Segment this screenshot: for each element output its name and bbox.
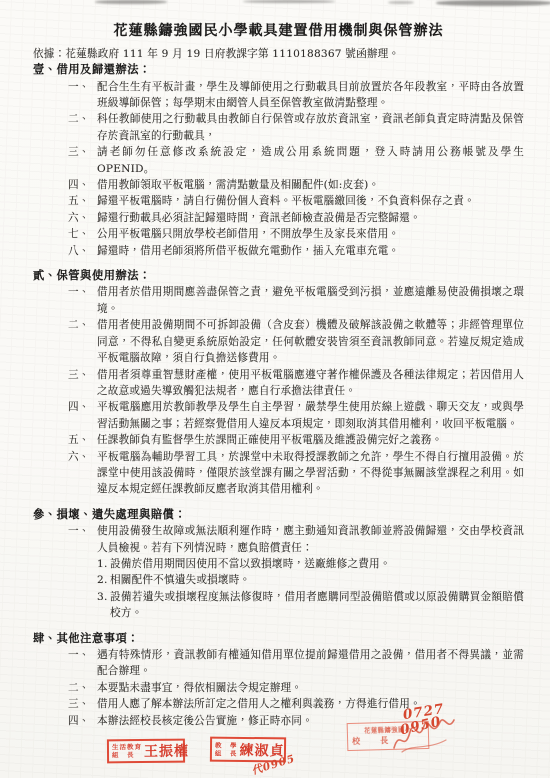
item-text-block: 借用者使用設備期間不可拆卸設備（含皮套）機體及破解該設備之軟體等；非經管理單位同… xyxy=(97,317,524,366)
list-item: 二、科任教師使用之行動載具由教師自行保管或存放於資訊室，資訊老師負責定時清點及保… xyxy=(68,111,524,144)
scanned-document-page: 花蓮縣鑄強國民小學載具建置借用機制與保管辦法 依據：花蓮縣政府 111 年 9 … xyxy=(0,0,550,778)
section-heading: 肆、其他注意事項： xyxy=(33,631,524,647)
list-item: 一、配合生生有平板計畫，學生及導師使用之行動載具目前放置於各年段教室，平時由各放… xyxy=(68,79,524,112)
item-marker: 四、 xyxy=(68,713,97,729)
item-text: 遇有特殊情形，資訊教師有權通知借用單位提前歸還借用之設備，借用者不得異議，並需配… xyxy=(97,647,524,680)
item-marker: 二、 xyxy=(68,111,97,144)
list-item: 二、借用者使用設備期間不可拆卸設備（含皮套）機體及破解該設備之軟體等；非經管理單… xyxy=(68,317,524,366)
item-marker: 六、 xyxy=(68,210,97,226)
stamp-dept-line2: 組 長 xyxy=(215,749,238,757)
item-marker: 一、 xyxy=(68,523,97,621)
document-sections: 壹、借用及歸還辦法：一、配合生生有平板計畫，學生及導師使用之行動載具目前放置於各… xyxy=(33,62,524,729)
list-item: 五、歸還平板電腦時，請自行備份個人資料。平板電腦繳回後，不負資料保存之責。 xyxy=(68,193,524,209)
item-marker: 一、 xyxy=(68,284,97,317)
stamp-dept-label: 教 學 組 長 xyxy=(212,741,240,757)
item-text-block: 借用者須尊重智慧財產權，使用平板電腦應遵守著作權保護及各種法律規定；若因借用人之… xyxy=(97,367,524,400)
item-text-block: 配合生生有平板計畫，學生及導師使用之行動載具目前放置於各年段教室，平時由各放置班… xyxy=(97,79,524,112)
item-marker: 六、 xyxy=(68,449,97,498)
sub-list-item: 1.設備於借用期間因使用不當以致損壞時，送廠維修之費用。 xyxy=(97,556,524,572)
item-text-block: 本要點未盡事宜，得依相關法令規定辦理。 xyxy=(97,680,524,696)
item-text-block: 平板電腦為輔助學習工具，於課堂中未取得授課教師之允許，學生不得自行擅用設備。於課… xyxy=(97,449,524,498)
legal-basis-line: 依據：花蓮縣政府 111 年 9 月 19 日府教課字第 1110188367 … xyxy=(33,46,524,62)
stamp-dept-line1: 教 學 xyxy=(215,741,238,749)
list-item: 二、本要點未盡事宜，得依相關法令規定辦理。 xyxy=(68,680,524,696)
list-item: 六、平板電腦為輔助學習工具，於課堂中未取得授課教師之允許，學生不得自行擅用設備。… xyxy=(68,449,524,498)
item-marker: 五、 xyxy=(68,432,97,448)
item-marker: 八、 xyxy=(68,243,97,259)
item-marker: 五、 xyxy=(68,193,97,209)
item-text-block: 本辦法經校長核定後公告實施，修正時亦同。 xyxy=(97,713,524,729)
sub-list-item: 2.相關配件不慎遺失或損壞時。 xyxy=(97,572,524,588)
item-marker: 七、 xyxy=(68,226,97,242)
item-text-block: 公用平板電腦只開放學校老師借用，不開放學生及家長來借用。 xyxy=(97,226,524,242)
section-heading: 貳、保管與使用辦法： xyxy=(33,268,524,284)
stamp-name: 王振權 xyxy=(144,741,191,761)
list-item: 一、使用設備發生故障或無法順利運作時，應主動通知資訊教師並將設備歸還，交由學校資… xyxy=(68,523,524,621)
stamp-dept-line1: 生活教育 xyxy=(112,743,142,751)
item-text: 借用人應了解本辦法所訂定之借用人之權利與義務，方得進行借用。 xyxy=(97,696,524,712)
item-text-block: 歸還行動載具必須註記歸還時間，資訊老師檢查設備是否完整歸還。 xyxy=(97,210,524,226)
list-item: 五、任課教師負有監督學生於課間正確使用平板電腦及維護設備完好之義務。 xyxy=(68,432,524,448)
item-text: 歸還行動載具必須註記歸還時間，資訊老師檢查設備是否完整歸還。 xyxy=(97,210,524,226)
section-heading: 參、損壞、遺失處理與賠償： xyxy=(33,507,524,523)
item-text: 公用平板電腦只開放學校老師借用，不開放學生及家長來借用。 xyxy=(97,226,524,242)
item-marker: 二、 xyxy=(68,680,97,696)
list-item: 一、遇有特殊情形，資訊教師有權通知借用單位提前歸還借用之設備，借用者不得異議，並… xyxy=(68,647,524,680)
section: 參、損壞、遺失處理與賠償：一、使用設備發生故障或無法順利運作時，應主動通知資訊教… xyxy=(33,507,524,622)
item-marker: 一、 xyxy=(68,79,97,112)
stamp-dept-label: 生活教育 組 長 xyxy=(109,743,144,759)
document-title: 花蓮縣鑄強國民小學載具建置借用機制與保管辦法 xyxy=(33,20,524,40)
item-text: 配合生生有平板計畫，學生及導師使用之行動載具目前放置於各年段教室，平時由各放置班… xyxy=(97,79,524,112)
item-text: 科任教師使用之行動載具由教師自行保管或存放於資訊室，資訊老師負責定時清點及保管存… xyxy=(97,111,524,144)
item-text: 借用者須尊重智慧財產權，使用平板電腦應遵守著作權保護及各種法律規定；若因借用人之… xyxy=(97,367,524,400)
subitem-marker: 1. xyxy=(97,556,110,572)
item-text-block: 借用教師領取平板電腦，需清點數量及相關配件(如:皮套)。 xyxy=(97,177,524,193)
subitem-text: 設備若遺失或損壞程度無法修復時，借用者應購同型設備賠償或以原設備購買金額賠償校方… xyxy=(110,589,524,622)
list-item: 七、公用平板電腦只開放學校老師借用，不開放學生及家長來借用。 xyxy=(68,226,524,242)
item-marker: 三、 xyxy=(68,367,97,400)
stamp-dept-line2: 組 長 xyxy=(112,751,142,759)
item-marker: 四、 xyxy=(68,399,97,432)
item-marker: 三、 xyxy=(68,144,97,177)
document-body: 花蓮縣鑄強國民小學載具建置借用機制與保管辦法 依據：花蓮縣政府 111 年 9 … xyxy=(0,0,550,729)
item-text-block: 科任教師使用之行動載具由教師自行保管或存放於資訊室，資訊老師負責定時清點及保管存… xyxy=(97,111,524,144)
item-text: 借用教師領取平板電腦，需清點數量及相關配件(如:皮套)。 xyxy=(97,177,524,193)
item-text: 歸還時，借用老師須將所借平板做充電動作，插入充電車充電。 xyxy=(97,243,524,259)
list-item: 六、歸還行動載具必須註記歸還時間，資訊老師檢查設備是否完整歸還。 xyxy=(68,210,524,226)
list-item: 一、借用者於借用期間應善盡保管之責，避免平板電腦受到污損，並應遠離易使設備損壞之… xyxy=(68,284,524,317)
item-text: 歸還平板電腦時，請自行備份個人資料。平板電腦繳回後，不負資料保存之責。 xyxy=(97,193,524,209)
item-text-block: 歸還平板電腦時，請自行備份個人資料。平板電腦繳回後，不負資料保存之責。 xyxy=(97,193,524,209)
list-item: 三、借用者須尊重智慧財產權，使用平板電腦應遵守著作權保護及各種法律規定；若因借用… xyxy=(68,367,524,400)
item-text: 本辦法經校長核定後公告實施，修正時亦同。 xyxy=(97,713,524,729)
item-text-block: 請老師勿任意修改系統設定，造成公用系統問題，登入時請用公務帳號及學生 OPENI… xyxy=(97,144,524,177)
item-text-block: 平板電腦應用於教師教學及學生自主學習，嚴禁學生使用於線上遊戲、聊天交友，或與學習… xyxy=(97,399,524,432)
list-item: 四、借用教師領取平板電腦，需清點數量及相關配件(如:皮套)。 xyxy=(68,177,524,193)
item-text: 本要點未盡事宜，得依相關法令規定辦理。 xyxy=(97,680,524,696)
item-text-block: 歸還時，借用老師須將所借平板做充電動作，插入充電車充電。 xyxy=(97,243,524,259)
section-heading: 壹、借用及歸還辦法： xyxy=(33,62,524,78)
item-marker: 一、 xyxy=(68,647,97,680)
item-text: 借用者使用設備期間不可拆卸設備（含皮套）機體及破解該設備之軟體等；非經管理單位同… xyxy=(97,317,524,366)
list-item: 八、歸還時，借用老師須將所借平板做充電動作，插入充電車充電。 xyxy=(68,243,524,259)
item-text-block: 遇有特殊情形，資訊教師有權通知借用單位提前歸還借用之設備，借用者不得異議，並需配… xyxy=(97,647,524,680)
section: 壹、借用及歸還辦法：一、配合生生有平板計畫，學生及導師使用之行動載具目前放置於各… xyxy=(33,62,524,259)
item-text: 借用者於借用期間應善盡保管之責，避免平板電腦受到污損，並應遠離易使設備損壞之環境… xyxy=(97,284,524,317)
item-text-block: 借用者於借用期間應善盡保管之責，避免平板電腦受到污損，並應遠離易使設備損壞之環境… xyxy=(97,284,524,317)
sub-list-item: 3.設備若遺失或損壞程度無法修復時，借用者應購同型設備賠償或以原設備購買金額賠償… xyxy=(97,589,524,622)
subitem-marker: 3. xyxy=(97,589,110,622)
stamp-life-education-section-chief: 生活教育 組 長 王振權 xyxy=(107,739,185,764)
item-text: 平板電腦應用於教師教學及學生自主學習，嚴禁學生使用於線上遊戲、聊天交友，或與學習… xyxy=(97,399,524,432)
subitem-text: 設備於借用期間因使用不當以致損壞時，送廠維修之費用。 xyxy=(110,556,524,572)
item-text: 平板電腦為輔助學習工具，於課堂中未取得授課教師之允許，學生不得自行擅用設備。於課… xyxy=(97,449,524,498)
subitem-text: 相關配件不慎遺失或損壞時。 xyxy=(110,572,524,588)
item-text: 請老師勿任意修改系統設定，造成公用系統問題，登入時請用公務帳號及學生 OPENI… xyxy=(97,144,524,177)
section: 貳、保管與使用辦法：一、借用者於借用期間應善盡保管之責，避免平板電腦受到污損，並… xyxy=(33,268,524,498)
item-marker: 四、 xyxy=(68,177,97,193)
item-text-block: 任課教師負有監督學生於課間正確使用平板電腦及維護設備完好之義務。 xyxy=(97,432,524,448)
item-text: 使用設備發生故障或無法順利運作時，應主動通知資訊教師並將設備歸還，交由學校資訊人… xyxy=(97,523,524,556)
item-text-block: 使用設備發生故障或無法順利運作時，應主動通知資訊教師並將設備歸還，交由學校資訊人… xyxy=(97,523,524,621)
list-item: 三、請老師勿任意修改系統設定，造成公用系統問題，登入時請用公務帳號及學生 OPE… xyxy=(68,144,524,177)
item-marker: 三、 xyxy=(68,696,97,712)
item-text-block: 借用人應了解本辦法所訂定之借用人之權利與義務，方得進行借用。 xyxy=(97,696,524,712)
item-text: 任課教師負有監督學生於課間正確使用平板電腦及維護設備完好之義務。 xyxy=(97,432,524,448)
item-marker: 二、 xyxy=(68,317,97,366)
subitem-marker: 2. xyxy=(97,572,110,588)
list-item: 四、平板電腦應用於教師教學及學生自主學習，嚴禁學生使用於線上遊戲、聊天交友，或與… xyxy=(68,399,524,432)
